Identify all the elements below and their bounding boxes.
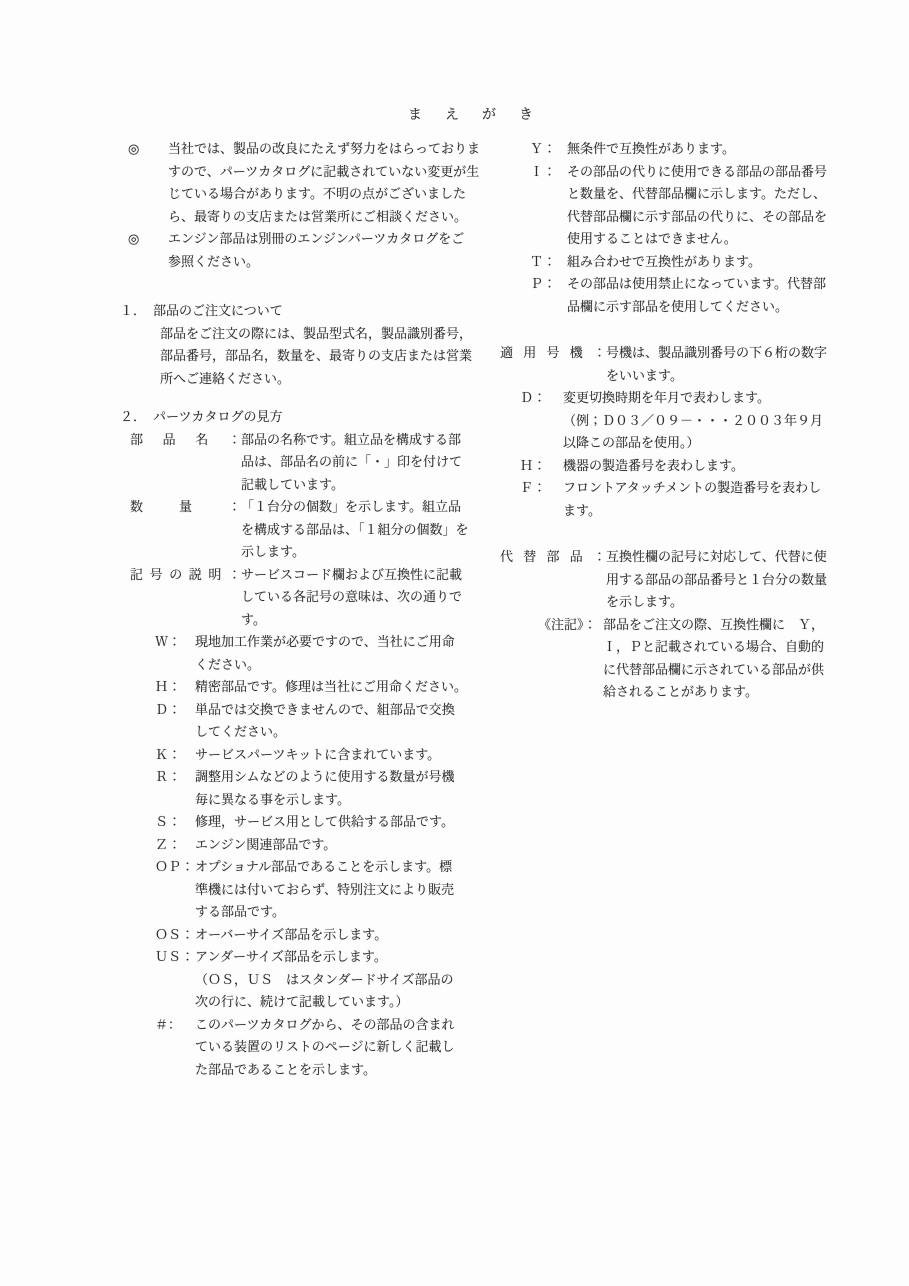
code-desc: 修理，サービス用として供給する部品です。 <box>195 811 461 834</box>
code-desc: 組み合わせで互換性があります。 <box>567 251 833 274</box>
section-1-body: 部品をご注文の際には、製品型式名，製品識別番号，部品番号，部品名，数量を、最寄り… <box>160 323 478 391</box>
code-row-K: Ｋ： サービスパーツキットに含まれています。 <box>155 744 480 767</box>
code-desc: その部品は使用禁止になっています。代替部品欄に示す部品を使用してください。 <box>567 273 833 318</box>
code-desc: フロントアタッチメントの製造番号を表わします。 <box>563 477 829 522</box>
left-column: ◎ 当社では、製品の改良にたえず努力をはらっておりますので、パーツカタログに記載… <box>120 138 480 1081</box>
section-2-title: パーツカタログの見方 <box>153 406 282 429</box>
page-title: まえがき <box>408 104 556 124</box>
code-desc: アンダーサイズ部品を示します。 <box>195 946 461 969</box>
section-2-heading: ２． パーツカタログの見方 <box>120 406 480 429</box>
code-row-US: ＵＳ： アンダーサイズ部品を示します。 <box>155 946 480 969</box>
code-label: ＯＳ： <box>155 924 195 947</box>
compat-row-I: Ｉ： その部品の代りに使用できる部品の部品番号と数量を、代替部品欄に示します。た… <box>530 161 898 251</box>
term-desc: 部品の名称です。組立品を構成する部品は、部品名の前に「・」印を付けて記載していま… <box>241 429 469 497</box>
code-row-S: Ｓ： 修理，サービス用として供給する部品です。 <box>155 811 480 834</box>
compat-row-Y: Ｙ： 無条件で互換性があります。 <box>530 138 898 161</box>
term-label: 記号の説明： <box>130 564 241 587</box>
code-row-hash: ＃： このパーツカタログから、その部品の含まれている装置のリストのページに新しく… <box>155 1014 480 1082</box>
code-desc: その部品の代りに使用できる部品の部品番号と数量を、代替部品欄に示します。ただし、… <box>567 161 833 251</box>
code-label: ＵＳ： <box>155 946 195 969</box>
term-row-applicable-serial: 適用号機： 号機は、製品識別番号の下６桁の数字をいいます。 <box>500 342 898 387</box>
code-desc: オーバーサイズ部品を示します。 <box>195 924 461 947</box>
code-desc: 単品では交換できませんので、組部品で交換してください。 <box>195 699 461 744</box>
term-label: 部品名： <box>130 429 241 452</box>
section-1-number: １． <box>120 300 153 323</box>
term-label: 代替部品： <box>500 546 606 569</box>
code-desc: 精密部品です。修理は当社にご用命ください。 <box>195 676 467 699</box>
preface-bullet-1: ◎ 当社では、製品の改良にたえず努力をはらっておりますので、パーツカタログに記載… <box>120 138 480 228</box>
code-label: Ｆ： <box>520 477 563 500</box>
code-label: ＃： <box>155 1014 195 1037</box>
code-row-D: Ｄ： 単品では交換できませんので、組部品で交換してください。 <box>155 699 480 744</box>
code-label: Ｚ： <box>155 834 195 857</box>
term-label: 適用号機： <box>500 342 606 365</box>
code-label: Ｋ： <box>155 744 195 767</box>
term-row-quantity: 数量： 「１台分の個数」を示します。組立品を構成する部品は、「１組分の個数」を示… <box>130 496 480 564</box>
code-desc: 機器の製造番号を表わします。 <box>563 455 829 478</box>
term-desc: 互換性欄の記号に対応して、代替に使用する部品の部品番号と１台分の数量を示します。 <box>606 546 834 614</box>
code-desc: （ＯＳ，ＵＳ はスタンダードサイズ部品の次の行に、続けて記載しています。） <box>195 969 461 1014</box>
code-label: Ｙ： <box>530 138 567 161</box>
code-desc: 変更切換時期を年月で表わします。 <box>563 387 829 410</box>
section-1-heading: １． 部品のご注文について <box>120 300 480 323</box>
double-circle-bullet-icon: ◎ <box>120 228 168 251</box>
code-label: Ｗ： <box>155 631 195 654</box>
code-label: ＯＰ： <box>155 856 195 879</box>
code-row-OS: ＯＳ： オーバーサイズ部品を示します。 <box>155 924 480 947</box>
section-2-number: ２． <box>120 406 153 429</box>
code-desc: 無条件で互換性があります。 <box>567 138 833 161</box>
code-label: Ｔ： <box>530 251 567 274</box>
code-desc: エンジン関連部品です。 <box>195 834 461 857</box>
code-row-OP: ＯＰ： オプショナル部品であることを示します。標準機には付いておらず、特別注文に… <box>155 856 480 924</box>
term-row-symbol-legend: 記号の説明： サービスコード欄および互換性に記載している各記号の意味は、次の通り… <box>130 564 480 632</box>
code-row-H: Ｈ： 精密部品です。修理は当社にご用命ください。 <box>155 676 480 699</box>
code-label: Ｈ： <box>520 455 563 478</box>
code-row-D-right: Ｄ： 変更切換時期を年月で表わします。 <box>520 387 898 410</box>
term-desc: サービスコード欄および互換性に記載している各記号の意味は、次の通りです。 <box>241 564 469 632</box>
code-example-note: （例；Ｄ０３／０９－・・・２００３年９月以降この部品を使用。） <box>563 410 829 455</box>
remark-note: 《注記》： 部品をご注文の際、互換性欄に Ｙ，Ｉ，Ｐと記載されている場合、自動的… <box>538 614 898 704</box>
term-desc: 号機は、製品識別番号の下６桁の数字をいいます。 <box>606 342 834 387</box>
code-row-W: Ｗ： 現地加工作業が必要ですので、当社にご用命ください。 <box>155 631 480 676</box>
code-label: Ｐ： <box>530 273 567 296</box>
code-label: Ｄ： <box>155 699 195 722</box>
preface-bullet-1-text: 当社では、製品の改良にたえず努力をはらっておりますので、パーツカタログに記載され… <box>168 138 480 228</box>
code-desc: 現地加工作業が必要ですので、当社にご用命ください。 <box>195 631 461 676</box>
right-column: Ｙ： 無条件で互換性があります。 Ｉ： その部品の代りに使用できる部品の部品番号… <box>498 138 898 704</box>
scanned-preface-page: まえがき ◎ 当社では、製品の改良にたえず努力をはらっておりますので、パーツカタ… <box>0 0 909 1286</box>
code-label: Ｈ： <box>155 676 195 699</box>
code-label: Ｒ： <box>155 766 195 789</box>
code-label: Ｄ： <box>520 387 563 410</box>
remark-label: 《注記》： <box>538 614 603 637</box>
code-desc: 調整用シムなどのように使用する数量が号機毎に異なる事を示します。 <box>195 766 461 811</box>
code-label: Ｉ： <box>530 161 567 184</box>
code-row-R: Ｒ： 調整用シムなどのように使用する数量が号機毎に異なる事を示します。 <box>155 766 480 811</box>
code-row-F-right: Ｆ： フロントアタッチメントの製造番号を表わします。 <box>520 477 898 522</box>
term-label: 数量： <box>130 496 241 519</box>
compat-row-T: Ｔ： 組み合わせで互換性があります。 <box>530 251 898 274</box>
term-desc: 「１台分の個数」を示します。組立品を構成する部品は、「１組分の個数」を示します。 <box>241 496 469 564</box>
code-desc: このパーツカタログから、その部品の含まれている装置のリストのページに新しく記載し… <box>195 1014 461 1082</box>
preface-bullet-2-text: エンジン部品は別冊のエンジンパーツカタログをご参照ください。 <box>168 228 474 273</box>
code-label: Ｓ： <box>155 811 195 834</box>
code-row-Z: Ｚ： エンジン関連部品です。 <box>155 834 480 857</box>
term-row-part-name: 部品名： 部品の名称です。組立品を構成する部品は、部品名の前に「・」印を付けて記… <box>130 429 480 497</box>
term-row-alternate-parts: 代替部品： 互換性欄の記号に対応して、代替に使用する部品の部品番号と１台分の数量… <box>500 546 898 614</box>
compat-row-P: Ｐ： その部品は使用禁止になっています。代替部品欄に示す部品を使用してください。 <box>530 273 898 318</box>
remark-text: 部品をご注文の際、互換性欄に Ｙ，Ｉ，Ｐと記載されている場合、自動的に代替部品欄… <box>603 614 831 704</box>
code-row-H-right: Ｈ： 機器の製造番号を表わします。 <box>520 455 898 478</box>
section-1-title: 部品のご注文について <box>153 300 283 323</box>
code-desc: サービスパーツキットに含まれています。 <box>195 744 461 767</box>
code-desc: オプショナル部品であることを示します。標準機には付いておらず、特別注文により販売… <box>195 856 461 924</box>
code-row-os-us-note: （ＯＳ，ＵＳ はスタンダードサイズ部品の次の行に、続けて記載しています。） <box>155 969 480 1014</box>
double-circle-bullet-icon: ◎ <box>120 138 168 161</box>
preface-bullet-2: ◎ エンジン部品は別冊のエンジンパーツカタログをご参照ください。 <box>120 228 480 273</box>
